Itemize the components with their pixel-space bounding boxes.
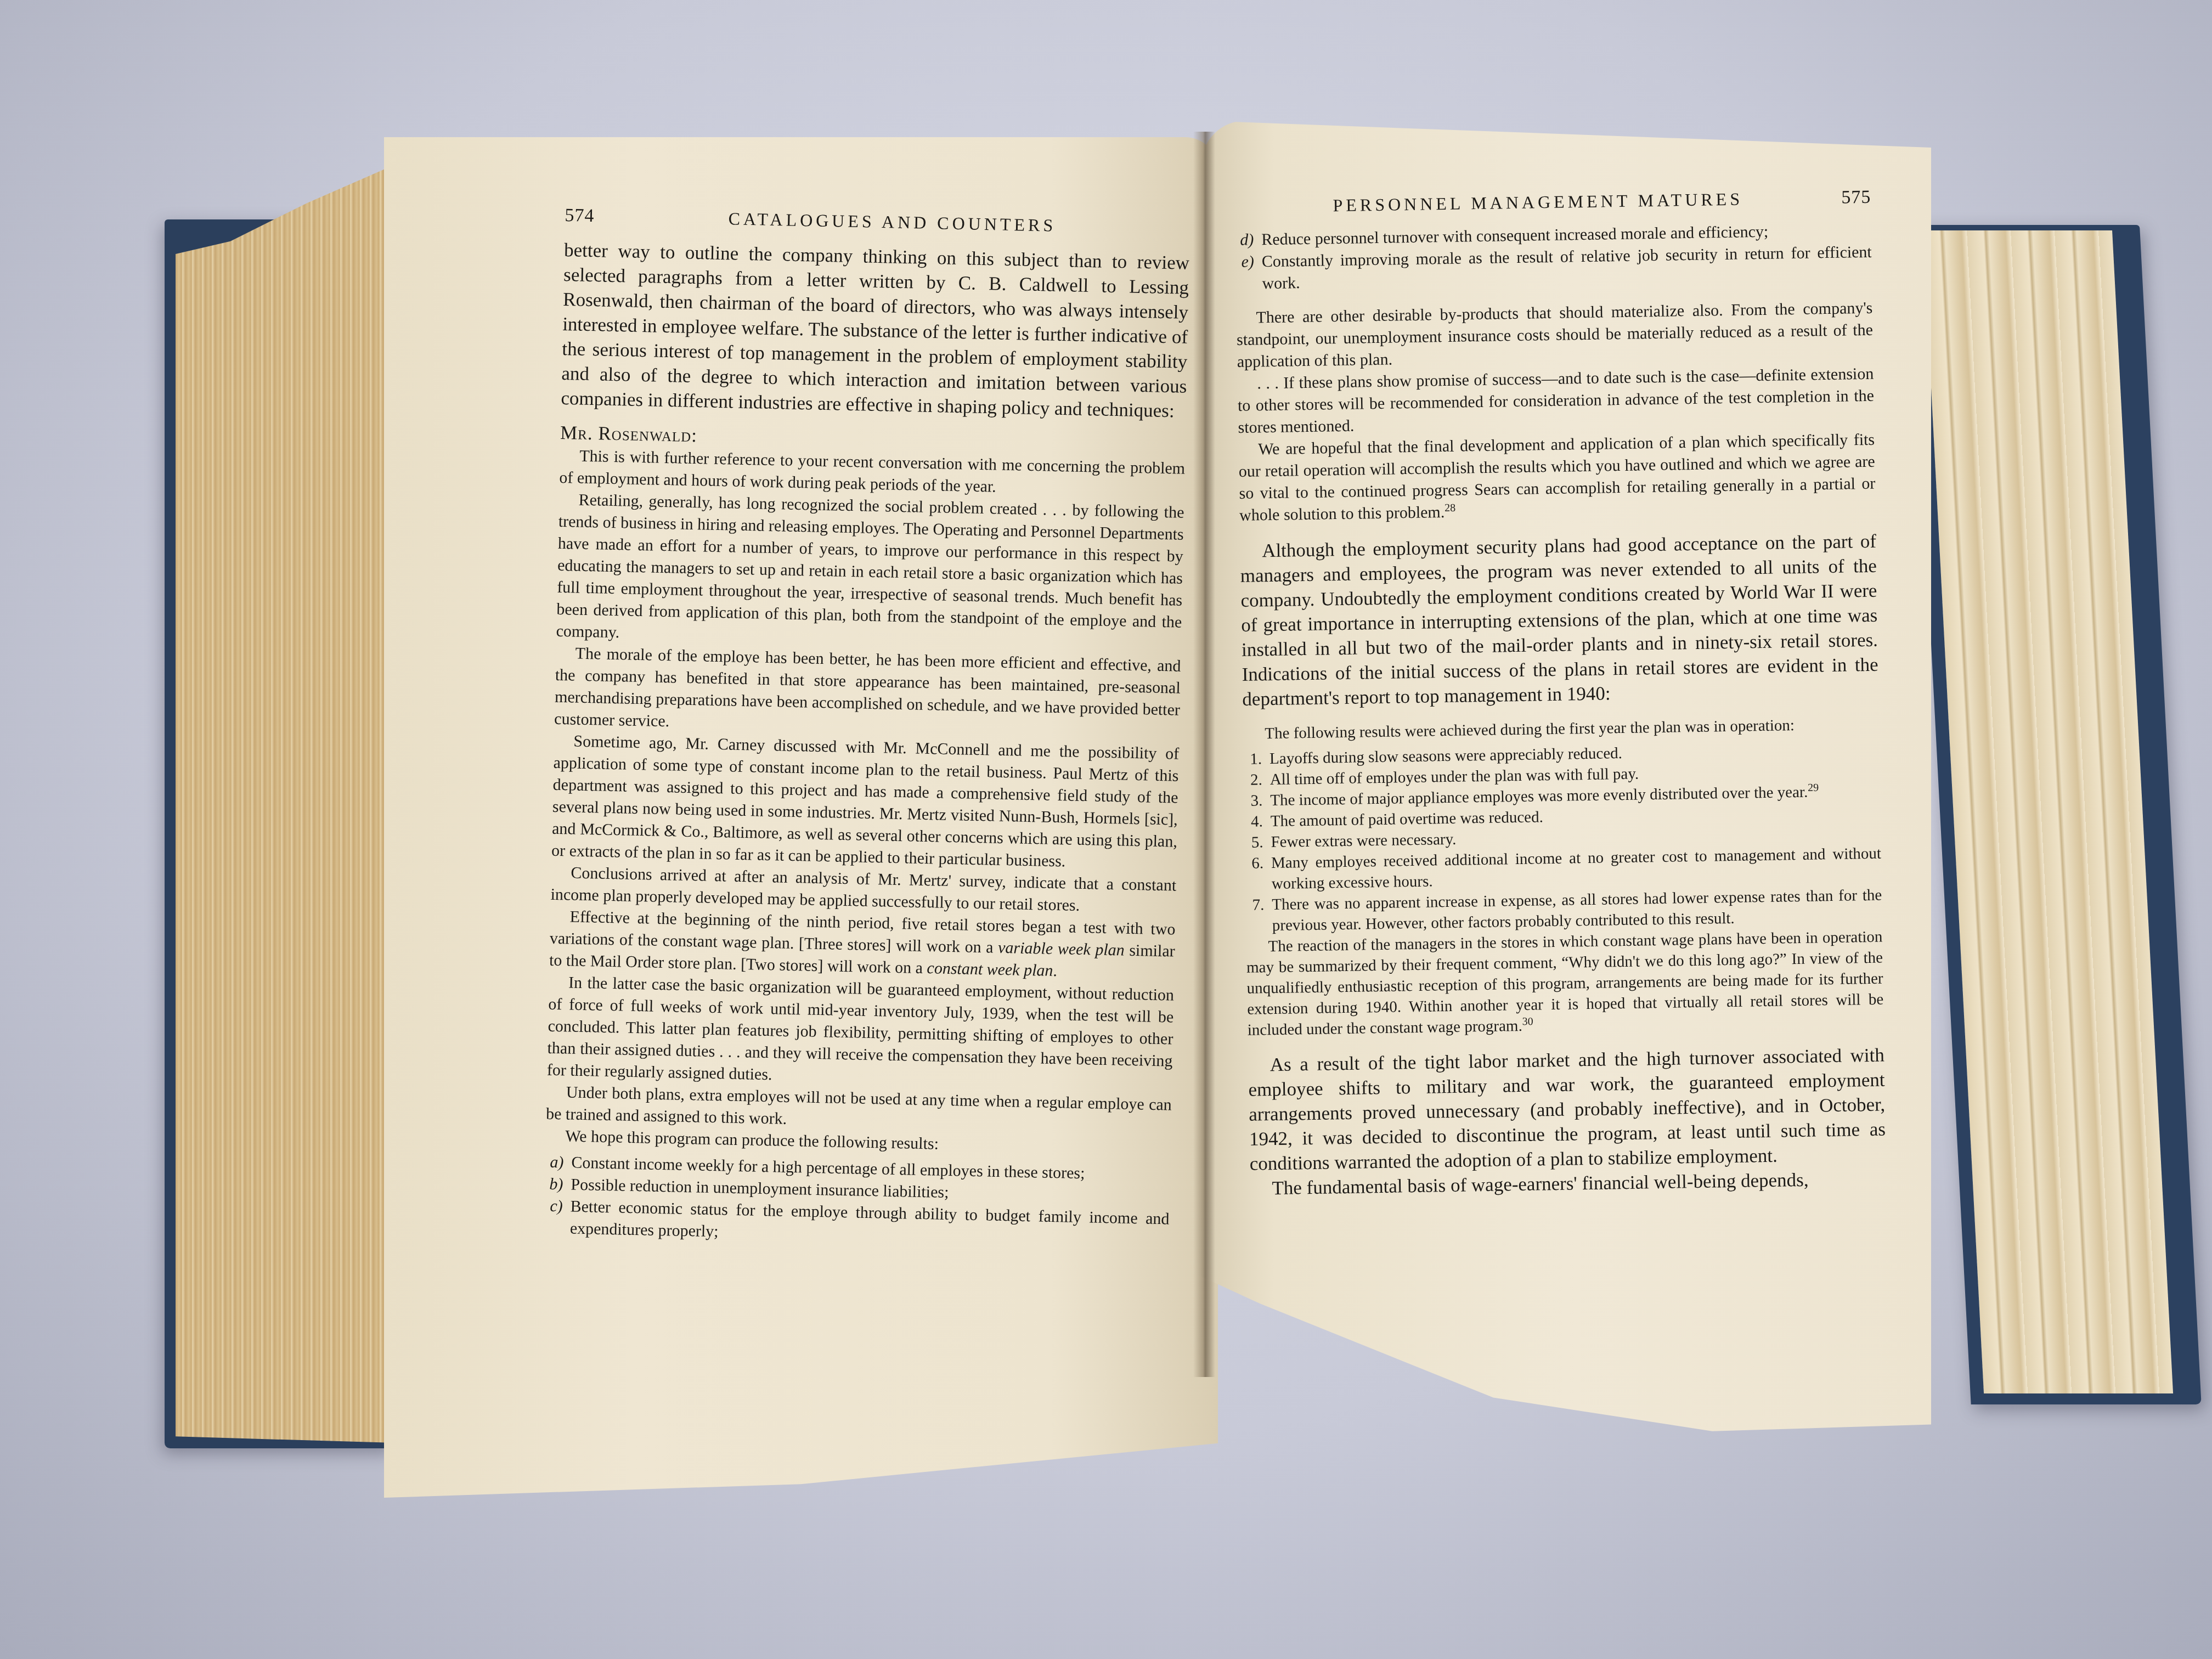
list-marker: 1. [1243,748,1262,770]
report-reaction-paragraph: The reaction of the managers in the stor… [1246,927,1884,1041]
list-marker: e) [1235,251,1255,295]
italic-term: variable week plan [998,939,1125,960]
page-edges-left [176,165,395,1443]
text-run: The reaction of the managers in the stor… [1246,928,1884,1039]
quoted-letter: This is with further reference to your r… [543,445,1185,1252]
letter-closing-paragraph: We are hopeful that the final developmen… [1238,429,1876,527]
hoped-results-list: a) Constant income weekly for a high per… [543,1152,1170,1252]
list-marker: 3. [1244,790,1263,811]
list-marker: c) [543,1195,563,1240]
letter-paragraph: There are other desirable by-products th… [1236,297,1874,373]
page-number: 575 [1841,185,1871,210]
list-marker: 4. [1244,811,1263,832]
page-number: 574 [565,203,595,228]
right-page-content: Personnel Management Matures 575 d) Redu… [1234,185,1887,1201]
footnote-ref: 28 [1444,502,1455,514]
footnote-ref: 29 [1808,782,1819,794]
right-page: Personnel Management Matures 575 d) Redu… [1201,121,1931,1465]
hoped-results-list-continued: d) Reduce personnel turnover with conseq… [1235,219,1872,295]
left-page: 574 Catalogues and Counters better way t… [384,137,1218,1498]
list-marker: 7. [1245,894,1265,936]
italic-term: constant week plan [927,959,1053,980]
text-run: . [1053,962,1057,980]
list-marker: b) [544,1173,563,1196]
right-running-head: Personnel Management Matures 575 [1234,185,1871,219]
letter-paragraph: The morale of the employe has been bette… [554,642,1181,743]
left-page-content: 574 Catalogues and Counters better way t… [543,203,1190,1252]
running-head-title: Catalogues and Counters [594,204,1190,241]
footnote-ref: 30 [1522,1015,1533,1028]
left-running-head: 574 Catalogues and Counters [565,203,1190,241]
intro-paragraph: better way to outline the company thinki… [561,238,1189,424]
running-head-title: Personnel Management Matures [1234,185,1842,219]
letter-paragraph: Retailing, generally, has long recognize… [556,489,1184,656]
list-text: Constantly improving morale as the resul… [1262,241,1872,295]
list-marker: 6. [1245,853,1264,895]
text-run: We are hopeful that the final developmen… [1239,431,1876,524]
letter-paragraph: Sometime ago, Mr. Carney discussed with … [551,730,1180,875]
body-paragraph: Although the employment security plans h… [1240,529,1879,712]
list-marker: 5. [1244,832,1263,853]
list-item: e) Constantly improving morale as the re… [1235,241,1872,295]
letter-paragraph-ninth-period: Effective at the beginning of the ninth … [549,906,1176,985]
list-marker: 2. [1243,769,1262,791]
list-marker: a) [545,1152,564,1174]
report-results-list: 1. Layoffs during slow seasons were appr… [1243,739,1882,936]
department-report: The following results were achieved duri… [1243,714,1884,1041]
body-paragraph: As a result of the tight labor market an… [1248,1043,1886,1176]
quoted-letter-continued: d) Reduce personnel turnover with conseq… [1235,219,1876,527]
book-gutter [1193,132,1215,1377]
letter-paragraph: In the latter case the basic organizatio… [546,972,1174,1094]
open-book: 574 Catalogues and Counters better way t… [0,0,2212,1659]
list-marker: d) [1235,229,1254,251]
letter-paragraph: . . . If these plans show promise of suc… [1237,363,1875,439]
